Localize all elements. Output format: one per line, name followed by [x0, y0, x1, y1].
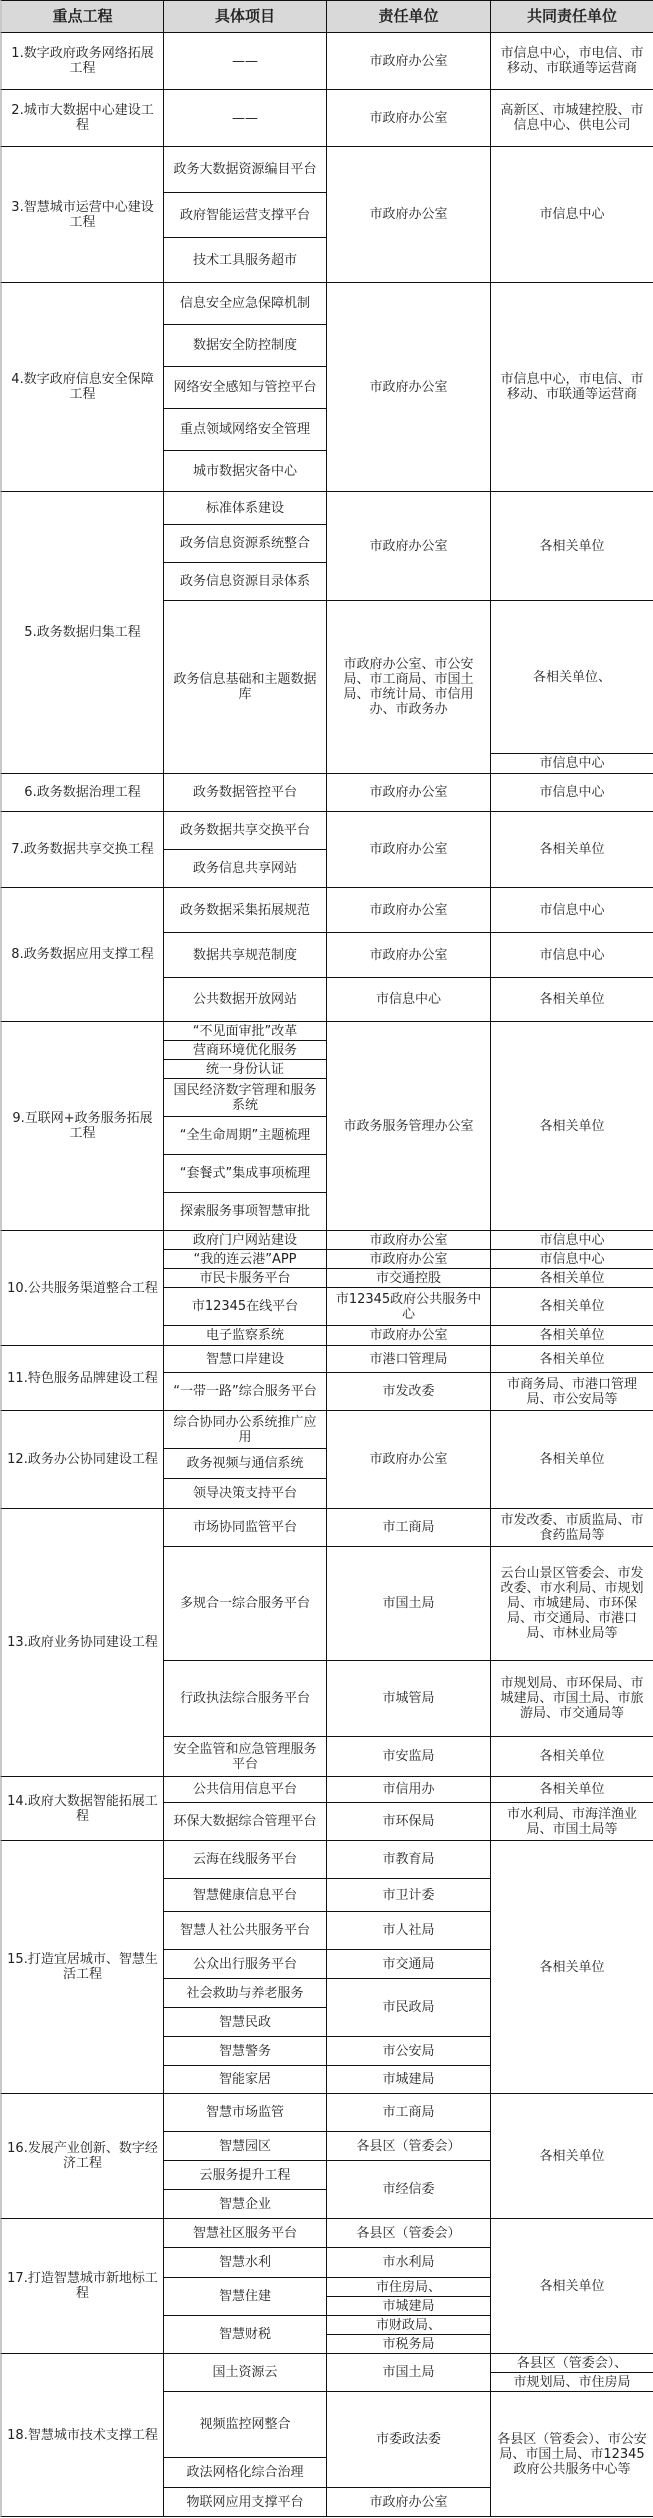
- cell-text: 智慧企业: [219, 2197, 271, 2212]
- cell-text: 云服务提升工程: [199, 2168, 290, 2183]
- cell-specific-item: 城市数据灾备中心: [163, 450, 327, 492]
- cell-co-responsible-unit: 市信息中心: [490, 1230, 653, 1250]
- cell-text: 智慧住建: [219, 2289, 271, 2304]
- header-co-responsible-unit: 共同责任单位: [490, 0, 653, 33]
- cell-co-responsible-unit: 各相关单位: [490, 977, 653, 1022]
- cell-responsible-unit: 市民政局: [326, 1978, 491, 2037]
- cell-text: 物联网应用支撑平台: [186, 2495, 303, 2510]
- cell-text: 市公安局: [382, 2044, 434, 2059]
- cell-text: 视频监控网整合: [199, 2417, 290, 2432]
- cell-specific-item: 市民卡服务平台: [163, 1268, 327, 1288]
- cell-co-responsible-unit: 市商务局、市港口管理局、市公安局等: [490, 1372, 653, 1411]
- cell-text: 10.公共服务渠道整合工程: [7, 1281, 158, 1296]
- cell-text: 2.城市大数据中心建设工程: [6, 103, 159, 133]
- cell-co-responsible-unit: 各相关单位: [490, 1021, 653, 1231]
- cell-text: 各相关单位: [539, 1271, 604, 1286]
- cell-text: 市商务局、市港口管理局、市公安局等: [495, 1377, 649, 1407]
- cell-text: 政务视频与通信系统: [186, 1456, 303, 1471]
- cell-co-responsible-unit: 市信息中心: [490, 887, 653, 933]
- cell-text: 政务信息基础和主题数据库: [168, 672, 322, 702]
- cell-text: 市民卡服务平台: [199, 1271, 290, 1286]
- cell-text: 国民经济数字管理和服务系统: [168, 1083, 322, 1113]
- cell-responsible-unit: 市政府办公室: [326, 2487, 491, 2517]
- cell-co-responsible-unit: 市规划局、市环保局、市城建局、市国土局、市旅游局、市交通局等: [490, 1660, 653, 1737]
- cell-responsible-unit: 市政府办公室: [326, 1230, 491, 1250]
- cell-co-responsible-unit: 市信息中心: [490, 1249, 653, 1269]
- cell-specific-item: 政务大数据资源编目平台: [163, 146, 327, 193]
- cell-text: 市政府办公室: [369, 903, 447, 918]
- cell-text: 电子监察系统: [206, 1328, 284, 1343]
- cell-specific-item: 公众出行服务平台: [163, 1949, 327, 1979]
- cell-text: 营商环境优化服务: [193, 1043, 297, 1058]
- cell-specific-item: ——: [163, 89, 327, 147]
- cell-text: 社会救助与养老服务: [186, 1986, 303, 2001]
- cell-responsible-unit: 市政府办公室: [326, 1410, 491, 1509]
- cell-text: 市工商局: [382, 2105, 434, 2120]
- cell-text: 市政府办公室: [369, 1328, 447, 1343]
- cell-co-responsible-unit: 市信息中心: [490, 146, 653, 283]
- cell-text: 国土资源云: [212, 2365, 277, 2380]
- cell-text: 市交通控股: [376, 1271, 441, 1286]
- cell-text: 智慧市场监管: [206, 2105, 284, 2120]
- cell-responsible-unit: 市国土局: [326, 1546, 491, 1661]
- cell-specific-item: “全生命周期”主题梳理: [163, 1116, 327, 1155]
- cell-responsible-unit: 市政府办公室: [326, 282, 491, 492]
- cell-specific-item: 智慧财税: [163, 2315, 327, 2354]
- cell-specific-item: 智慧社区服务平台: [163, 2218, 327, 2248]
- cell-text: 市信息中心: [539, 207, 604, 222]
- cell-responsible-unit: 市政府办公室: [326, 491, 491, 601]
- cell-co-responsible-unit: 高新区、市城建控股、市信息中心、供电公司: [490, 89, 653, 147]
- cell-text: 各相关单位、: [533, 670, 611, 685]
- cell-co-responsible-unit: 各相关单位: [490, 1410, 653, 1509]
- cell-specific-item: “套餐式”集成事项梳理: [163, 1154, 327, 1193]
- cell-co-responsible-unit: 各相关单位: [490, 2218, 653, 2354]
- cell-text: 各县区（管委会）、: [517, 2356, 628, 2371]
- header-responsible-unit: 责任单位: [326, 0, 491, 33]
- cell-specific-item: 安全监管和应急管理服务平台: [163, 1736, 327, 1777]
- cell-text: 市城建局: [382, 2072, 434, 2087]
- cell-text: 政务信息资源系统整合: [180, 536, 310, 551]
- cell-text: 市信息中心: [539, 1233, 604, 1248]
- cell-text: 市政府办公室: [369, 785, 447, 800]
- cell-specific-item: 综合协同办公系统推广应用: [163, 1410, 327, 1449]
- cell-responsible-unit: 各县区（管委会）: [326, 2218, 491, 2248]
- cell-key-project: 2.城市大数据中心建设工程: [0, 89, 164, 147]
- cell-key-project: 17.打造智慧城市新地标工程: [0, 2218, 164, 2354]
- cell-specific-item: 智能家居: [163, 2065, 327, 2094]
- cell-text: 市委政法委: [376, 2432, 441, 2447]
- cell-responsible-unit: 市城管局: [326, 1660, 491, 1737]
- cell-text: 市政府办公室: [369, 948, 447, 963]
- cell-key-project: 10.公共服务渠道整合工程: [0, 1230, 164, 1346]
- cell-text: 市政务服务管理办公室: [343, 1119, 473, 1134]
- cell-text: 市信用办: [382, 1782, 434, 1797]
- cell-specific-item: 市场协同监管平台: [163, 1508, 327, 1547]
- cell-key-project: 15.打造宜居城市、智慧生活工程: [0, 1840, 164, 2094]
- cell-co-responsible-unit: 各相关单位: [490, 491, 653, 601]
- cell-text: 公共数据开放网站: [193, 992, 297, 1007]
- cell-responsible-unit: 市工商局: [326, 1508, 491, 1547]
- cell-text: 公共信用信息平台: [193, 1782, 297, 1797]
- cell-text: 数据安全防控制度: [193, 338, 297, 353]
- cell-specific-item: 政务信息资源目录体系: [163, 562, 327, 601]
- cell-responsible-unit: 市政府办公室: [326, 32, 491, 90]
- cell-responsible-unit: 市交通控股: [326, 1268, 491, 1288]
- cell-specific-item: 公共信用信息平台: [163, 1776, 327, 1803]
- cell-responsible-unit: 市信用办: [326, 1776, 491, 1803]
- cell-text: 数据共享规范制度: [193, 948, 297, 963]
- cell-text: 4.数字政府信息安全保障工程: [6, 372, 159, 402]
- cell-text: 市政府办公室: [369, 380, 447, 395]
- cell-text: 领导决策支持平台: [193, 1486, 297, 1501]
- cell-specific-item: 视频监控网整合: [163, 2391, 327, 2458]
- cell-text: 12.政务办公协同建设工程: [7, 1452, 158, 1467]
- cell-specific-item: 社会救助与养老服务: [163, 1978, 327, 2008]
- cell-responsible-unit: 市12345政府公共服务中心: [326, 1287, 491, 1326]
- cell-text: 各相关单位: [539, 1749, 604, 1764]
- cell-text: 市政府办公室: [369, 54, 447, 69]
- cell-key-project: 3.智慧城市运营中心建设工程: [0, 146, 164, 283]
- cell-text: “套餐式”集成事项梳理: [180, 1166, 310, 1181]
- cell-text: 市水利局: [382, 2255, 434, 2270]
- cell-responsible-unit: 市税务局: [326, 2334, 491, 2354]
- cell-specific-item: 智慧水利: [163, 2247, 327, 2278]
- cell-text: 政府门户网站建设: [193, 1233, 297, 1248]
- cell-text: 各相关单位: [539, 1452, 604, 1467]
- cell-specific-item: 智慧健康信息平台: [163, 1878, 327, 1912]
- cell-responsible-unit: 市卫计委: [326, 1878, 491, 1912]
- cell-text: 智慧民政: [219, 2015, 271, 2030]
- cell-responsible-unit: 市政府办公室: [326, 773, 491, 812]
- cell-text: 16.发展产业创新、数字经济工程: [6, 2141, 159, 2171]
- cell-responsible-unit: 市财政局、: [326, 2315, 491, 2335]
- cell-specific-item: 探索服务事项智慧审批: [163, 1192, 327, 1231]
- cell-text: 市交通局: [382, 1957, 434, 1972]
- cell-co-responsible-unit: 各相关单位: [490, 1840, 653, 2094]
- cell-text: 智慧社区服务平台: [193, 2226, 297, 2241]
- cell-key-project: 12.政务办公协同建设工程: [0, 1410, 164, 1509]
- cell-responsible-unit: 市政府办公室: [326, 89, 491, 147]
- cell-specific-item: 标准体系建设: [163, 491, 327, 525]
- cell-specific-item: 政法网格化综合治理: [163, 2457, 327, 2488]
- cell-text: 市政府办公室: [369, 1252, 447, 1267]
- cell-text: 各相关单位: [539, 2279, 604, 2294]
- cell-responsible-unit: 市人社局: [326, 1911, 491, 1950]
- cell-specific-item: 政务数据共享交换平台: [163, 811, 327, 850]
- cell-specific-item: 行政执法综合服务平台: [163, 1660, 327, 1737]
- cell-responsible-unit: 市政府办公室: [326, 932, 491, 978]
- cell-text: 市场协同监管平台: [193, 1520, 297, 1535]
- cell-co-responsible-unit: 云台山景区管委会、市发改委、市水利局、市规划局、市城建局、市环保局、市交通局、市…: [490, 1546, 653, 1661]
- cell-specific-item: 物联网应用支撑平台: [163, 2487, 327, 2517]
- cell-text: 市民政局: [382, 2000, 434, 2015]
- cell-text: 环保大数据综合管理平台: [173, 1814, 316, 1829]
- cell-text: 智能家居: [219, 2072, 271, 2087]
- cell-text: 市信息中心: [376, 992, 441, 1007]
- cell-specific-item: “一带一路”综合服务平台: [163, 1372, 327, 1411]
- cell-specific-item: 云服务提升工程: [163, 2160, 327, 2190]
- cell-text: 市信息中心: [539, 785, 604, 800]
- cell-text: 政务信息资源目录体系: [180, 574, 310, 589]
- cell-specific-item: “不见面审批”改革: [163, 1021, 327, 1041]
- cell-specific-item: 政府智能运营支撑平台: [163, 192, 327, 238]
- cell-text: 市信息中心: [539, 1252, 604, 1267]
- cell-text: 重点领域网络安全管理: [180, 422, 310, 437]
- cell-specific-item: 云海在线服务平台: [163, 1840, 327, 1879]
- cell-specific-item: ——: [163, 32, 327, 90]
- cell-specific-item: 公共数据开放网站: [163, 977, 327, 1022]
- cell-key-project: 1.数字政府政务网络拓展工程: [0, 32, 164, 90]
- cell-specific-item: 政府门户网站建设: [163, 1230, 327, 1250]
- cell-specific-item: 智慧人社公共服务平台: [163, 1911, 327, 1950]
- cell-specific-item: 智慧口岸建设: [163, 1345, 327, 1373]
- cell-text: 7.政务数据共享交换工程: [11, 842, 153, 857]
- cell-specific-item: 政务数据管控平台: [163, 773, 327, 812]
- cell-text: 政务数据共享交换平台: [180, 823, 310, 838]
- cell-text: 市城管局: [382, 1691, 434, 1706]
- cell-co-responsible-unit: 市信息中心，市电信、市移动、市联通等运营商: [490, 32, 653, 90]
- cell-specific-item: 市12345在线平台: [163, 1287, 327, 1326]
- cell-specific-item: 智慧警务: [163, 2036, 327, 2066]
- cell-text: 8.政务数据应用支撑工程: [11, 947, 153, 962]
- cell-text: 14.政府大数据智能拓展工程: [6, 1794, 159, 1824]
- cell-key-project: 6.政务数据治理工程: [0, 773, 164, 812]
- cell-text: 智慧水利: [219, 2255, 271, 2270]
- cell-specific-item: 领导决策支持平台: [163, 1478, 327, 1509]
- cell-responsible-unit: 市政府办公室: [326, 811, 491, 888]
- cell-co-responsible-unit: 各相关单位: [490, 1325, 653, 1346]
- cell-text: 市城建局: [382, 2299, 434, 2314]
- cell-text: 市政府办公室、市公安局、市工商局、市国土局、市统计局、市信用办、市政务办: [331, 657, 486, 717]
- cell-responsible-unit: 市环保局: [326, 1802, 491, 1841]
- cell-text: 政务数据采集拓展规范: [180, 903, 310, 918]
- cell-text: 市规划局、市住房局: [513, 2375, 630, 2390]
- cell-responsible-unit: 市城建局: [326, 2296, 491, 2316]
- cell-text: 智慧财税: [219, 2327, 271, 2342]
- cell-responsible-unit: 各县区（管委会）: [326, 2131, 491, 2161]
- cell-text: 市国土局: [382, 1596, 434, 1611]
- cell-text: 市发改委: [382, 1384, 434, 1399]
- cell-responsible-unit: 市公安局: [326, 2036, 491, 2066]
- cell-specific-item: 政务信息共享网站: [163, 849, 327, 888]
- cell-text: 市教育局: [382, 1852, 434, 1867]
- cell-co-responsible-unit: 各县区（管委会）、: [490, 2353, 653, 2373]
- cell-text: ——: [232, 111, 258, 126]
- cell-text: 市政府办公室: [369, 207, 447, 222]
- cell-text: 各相关单位: [539, 1119, 604, 1134]
- cell-text: 各相关单位: [539, 842, 604, 857]
- cell-text: 各相关单位: [539, 1328, 604, 1343]
- cell-specific-item: 电子监察系统: [163, 1325, 327, 1346]
- cell-text: 综合协同办公系统推广应用: [168, 1415, 322, 1445]
- cell-text: 探索服务事项智慧审批: [180, 1204, 310, 1219]
- cell-text: 市政府办公室: [369, 842, 447, 857]
- cell-responsible-unit: 市政府办公室: [326, 1325, 491, 1346]
- cell-specific-item: 统一身份认证: [163, 1059, 327, 1079]
- cell-text: 市发改委、市质监局、市食药监局等: [495, 1513, 649, 1543]
- cell-text: 市政府办公室: [369, 1233, 447, 1248]
- cell-responsible-unit: 市住房局、: [326, 2277, 491, 2297]
- cell-specific-item: 智慧市场监管: [163, 2093, 327, 2132]
- cell-text: 市政府办公室: [369, 2495, 447, 2510]
- cell-text: 各县区（管委会）、市公安局、市国土局、市12345政府公共服务中心等: [495, 2432, 649, 2477]
- cell-text: 多规合一综合服务平台: [180, 1596, 310, 1611]
- cell-text: “我的连云港”APP: [193, 1252, 296, 1267]
- cell-specific-item: 智慧企业: [163, 2189, 327, 2219]
- cell-responsible-unit: 市政务服务管理办公室: [326, 1021, 491, 1231]
- cell-co-responsible-unit: 各相关单位: [490, 1268, 653, 1288]
- cell-text: 市国土局: [382, 2365, 434, 2380]
- cell-text: 智慧健康信息平台: [193, 1888, 297, 1903]
- cell-text: 市环保局: [382, 1814, 434, 1829]
- cell-specific-item: 环保大数据综合管理平台: [163, 1802, 327, 1841]
- cell-text: 6.政务数据治理工程: [24, 785, 140, 800]
- cell-specific-item: 智慧园区: [163, 2131, 327, 2161]
- cell-text: 市经信委: [382, 2182, 434, 2197]
- cell-text: 5.政务数据归集工程: [24, 625, 140, 640]
- cell-text: 11.特色服务品牌建设工程: [7, 1371, 158, 1386]
- cell-responsible-unit: 市发改委: [326, 1372, 491, 1411]
- cell-key-project: 13.政府业务协同建设工程: [0, 1508, 164, 1777]
- cell-key-project: 14.政府大数据智能拓展工程: [0, 1776, 164, 1841]
- cell-co-responsible-unit: 各相关单位、: [490, 600, 653, 754]
- cell-co-responsible-unit: 各相关单位: [490, 811, 653, 888]
- cell-text: 高新区、市城建控股、市信息中心、供电公司: [495, 103, 649, 133]
- cell-text: 13.政府业务协同建设工程: [7, 1635, 158, 1650]
- cell-key-project: 9.互联网+政务服务拓展工程: [0, 1021, 164, 1231]
- cell-co-responsible-unit: 各相关单位: [490, 2093, 653, 2219]
- cell-text: 政务信息共享网站: [193, 861, 297, 876]
- cell-responsible-unit: 市政府办公室、市公安局、市工商局、市国土局、市统计局、市信用办、市政务办: [326, 600, 491, 774]
- cell-key-project: 5.政务数据归集工程: [0, 491, 164, 774]
- cell-co-responsible-unit: 各相关单位: [490, 1287, 653, 1326]
- cell-text: 1.数字政府政务网络拓展工程: [6, 46, 159, 76]
- cell-text: 技术工具服务超市: [193, 253, 297, 268]
- cell-text: 市信息中心，市电信、市移动、市联通等运营商: [495, 372, 649, 402]
- header-key-project: 重点工程: [0, 0, 164, 33]
- cell-specific-item: 智慧住建: [163, 2277, 327, 2316]
- cell-text: 云台山景区管委会、市发改委、市水利局、市规划局、市城建局、市环保局、市交通局、市…: [495, 1566, 649, 1641]
- cell-specific-item: “我的连云港”APP: [163, 1249, 327, 1269]
- cell-responsible-unit: 市国土局: [326, 2353, 491, 2392]
- cell-specific-item: 政务视频与通信系统: [163, 1448, 327, 1479]
- cell-text: 市信息中心: [539, 903, 604, 918]
- cell-text: 行政执法综合服务平台: [180, 1691, 310, 1706]
- cell-text: 安全监管和应急管理服务平台: [168, 1742, 322, 1772]
- cell-co-responsible-unit: 各县区（管委会）、市公安局、市国土局、市12345政府公共服务中心等: [490, 2391, 653, 2517]
- cell-text: 市住房局、: [376, 2280, 441, 2295]
- cell-specific-item: 政务信息资源系统整合: [163, 524, 327, 563]
- cell-text: 公众出行服务平台: [193, 1957, 297, 1972]
- cell-responsible-unit: 市信息中心: [326, 977, 491, 1022]
- cell-responsible-unit: 市委政法委: [326, 2391, 491, 2488]
- cell-specific-item: 技术工具服务超市: [163, 237, 327, 283]
- cell-text: “不见面审批”改革: [193, 1024, 297, 1039]
- cell-text: 具体项目: [215, 9, 275, 24]
- cell-text: 市信息中心: [539, 756, 604, 771]
- cell-text: 市水利局、市海洋渔业局、市国土局等: [495, 1807, 649, 1837]
- cell-text: 智慧园区: [219, 2139, 271, 2154]
- cell-responsible-unit: 市水利局: [326, 2247, 491, 2278]
- cell-text: 市人社局: [382, 1923, 434, 1938]
- cell-responsible-unit: 市政府办公室: [326, 887, 491, 933]
- cell-co-responsible-unit: 各相关单位: [490, 1776, 653, 1803]
- cell-text: 市信息中心，市电信、市移动、市联通等运营商: [495, 46, 649, 76]
- cell-specific-item: 信息安全应急保障机制: [163, 282, 327, 325]
- cell-text: 市12345政府公共服务中心: [331, 1292, 486, 1322]
- cell-text: 各相关单位: [539, 1352, 604, 1367]
- cell-responsible-unit: 市工商局: [326, 2093, 491, 2132]
- cell-text: 各县区（管委会）: [356, 2226, 460, 2241]
- cell-text: 各相关单位: [539, 539, 604, 554]
- cell-text: 市财政局、: [376, 2318, 441, 2333]
- cell-text: 市政府办公室: [369, 1452, 447, 1467]
- cell-responsible-unit: 市政府办公室: [326, 146, 491, 283]
- cell-specific-item: 国民经济数字管理和服务系统: [163, 1078, 327, 1117]
- cell-text: 各相关单位: [539, 2149, 604, 2164]
- cell-responsible-unit: 市港口管理局: [326, 1345, 491, 1373]
- cell-text: 云海在线服务平台: [193, 1852, 297, 1867]
- cell-co-responsible-unit: 市发改委、市质监局、市食药监局等: [490, 1508, 653, 1547]
- cell-text: 各相关单位: [539, 1782, 604, 1797]
- cell-key-project: 16.发展产业创新、数字经济工程: [0, 2093, 164, 2219]
- cell-text: “全生命周期”主题梳理: [180, 1128, 310, 1143]
- cell-text: 市税务局: [382, 2337, 434, 2352]
- cell-specific-item: 营商环境优化服务: [163, 1040, 327, 1060]
- cell-specific-item: 网络安全感知与管控平台: [163, 366, 327, 409]
- cell-text: 市政府办公室: [369, 539, 447, 554]
- cell-text: 城市数据灾备中心: [193, 464, 297, 479]
- cell-specific-item: 国土资源云: [163, 2353, 327, 2392]
- cell-text: 市政府办公室: [369, 111, 447, 126]
- cell-text: 市信息中心: [539, 948, 604, 963]
- cell-text: 网络安全感知与管控平台: [173, 380, 316, 395]
- cell-key-project: 4.数字政府信息安全保障工程: [0, 282, 164, 492]
- cell-text: 市规划局、市环保局、市城建局、市国土局、市旅游局、市交通局等: [495, 1676, 649, 1721]
- cell-text: 重点工程: [52, 9, 112, 24]
- cell-text: ——: [232, 54, 258, 69]
- cell-text: 市工商局: [382, 1520, 434, 1535]
- cell-text: 责任单位: [378, 9, 438, 24]
- cell-co-responsible-unit: 各相关单位: [490, 1345, 653, 1373]
- cell-text: 市港口管理局: [369, 1352, 447, 1367]
- cell-text: 智慧人社公共服务平台: [180, 1923, 310, 1938]
- project-responsibility-table: 重点工程具体项目责任单位共同责任单位1.数字政府政务网络拓展工程——市政府办公室…: [0, 0, 653, 2518]
- cell-text: 政务数据管控平台: [193, 785, 297, 800]
- cell-specific-item: 智慧民政: [163, 2007, 327, 2037]
- cell-text: 各相关单位: [539, 992, 604, 1007]
- cell-co-responsible-unit: 市信息中心，市电信、市移动、市联通等运营商: [490, 282, 653, 492]
- cell-specific-item: 政务数据采集拓展规范: [163, 887, 327, 933]
- cell-responsible-unit: 市教育局: [326, 1840, 491, 1879]
- cell-responsible-unit: 市城建局: [326, 2065, 491, 2094]
- cell-co-responsible-unit: 各相关单位: [490, 1736, 653, 1777]
- cell-specific-item: 政务信息基础和主题数据库: [163, 600, 327, 774]
- cell-text: 市安监局: [382, 1749, 434, 1764]
- cell-text: 各县区（管委会）: [356, 2139, 460, 2154]
- cell-specific-item: 多规合一综合服务平台: [163, 1546, 327, 1661]
- cell-key-project: 8.政务数据应用支撑工程: [0, 887, 164, 1022]
- cell-responsible-unit: 市经信委: [326, 2160, 491, 2219]
- cell-text: 15.打造宜居城市、智慧生活工程: [6, 1952, 159, 1982]
- cell-text: 共同责任单位: [527, 9, 617, 24]
- cell-specific-item: 数据安全防控制度: [163, 324, 327, 367]
- cell-responsible-unit: 市政府办公室: [326, 1249, 491, 1269]
- cell-text: 政务大数据资源编目平台: [173, 162, 316, 177]
- cell-text: 各相关单位: [539, 1960, 604, 1975]
- cell-key-project: 11.特色服务品牌建设工程: [0, 1345, 164, 1411]
